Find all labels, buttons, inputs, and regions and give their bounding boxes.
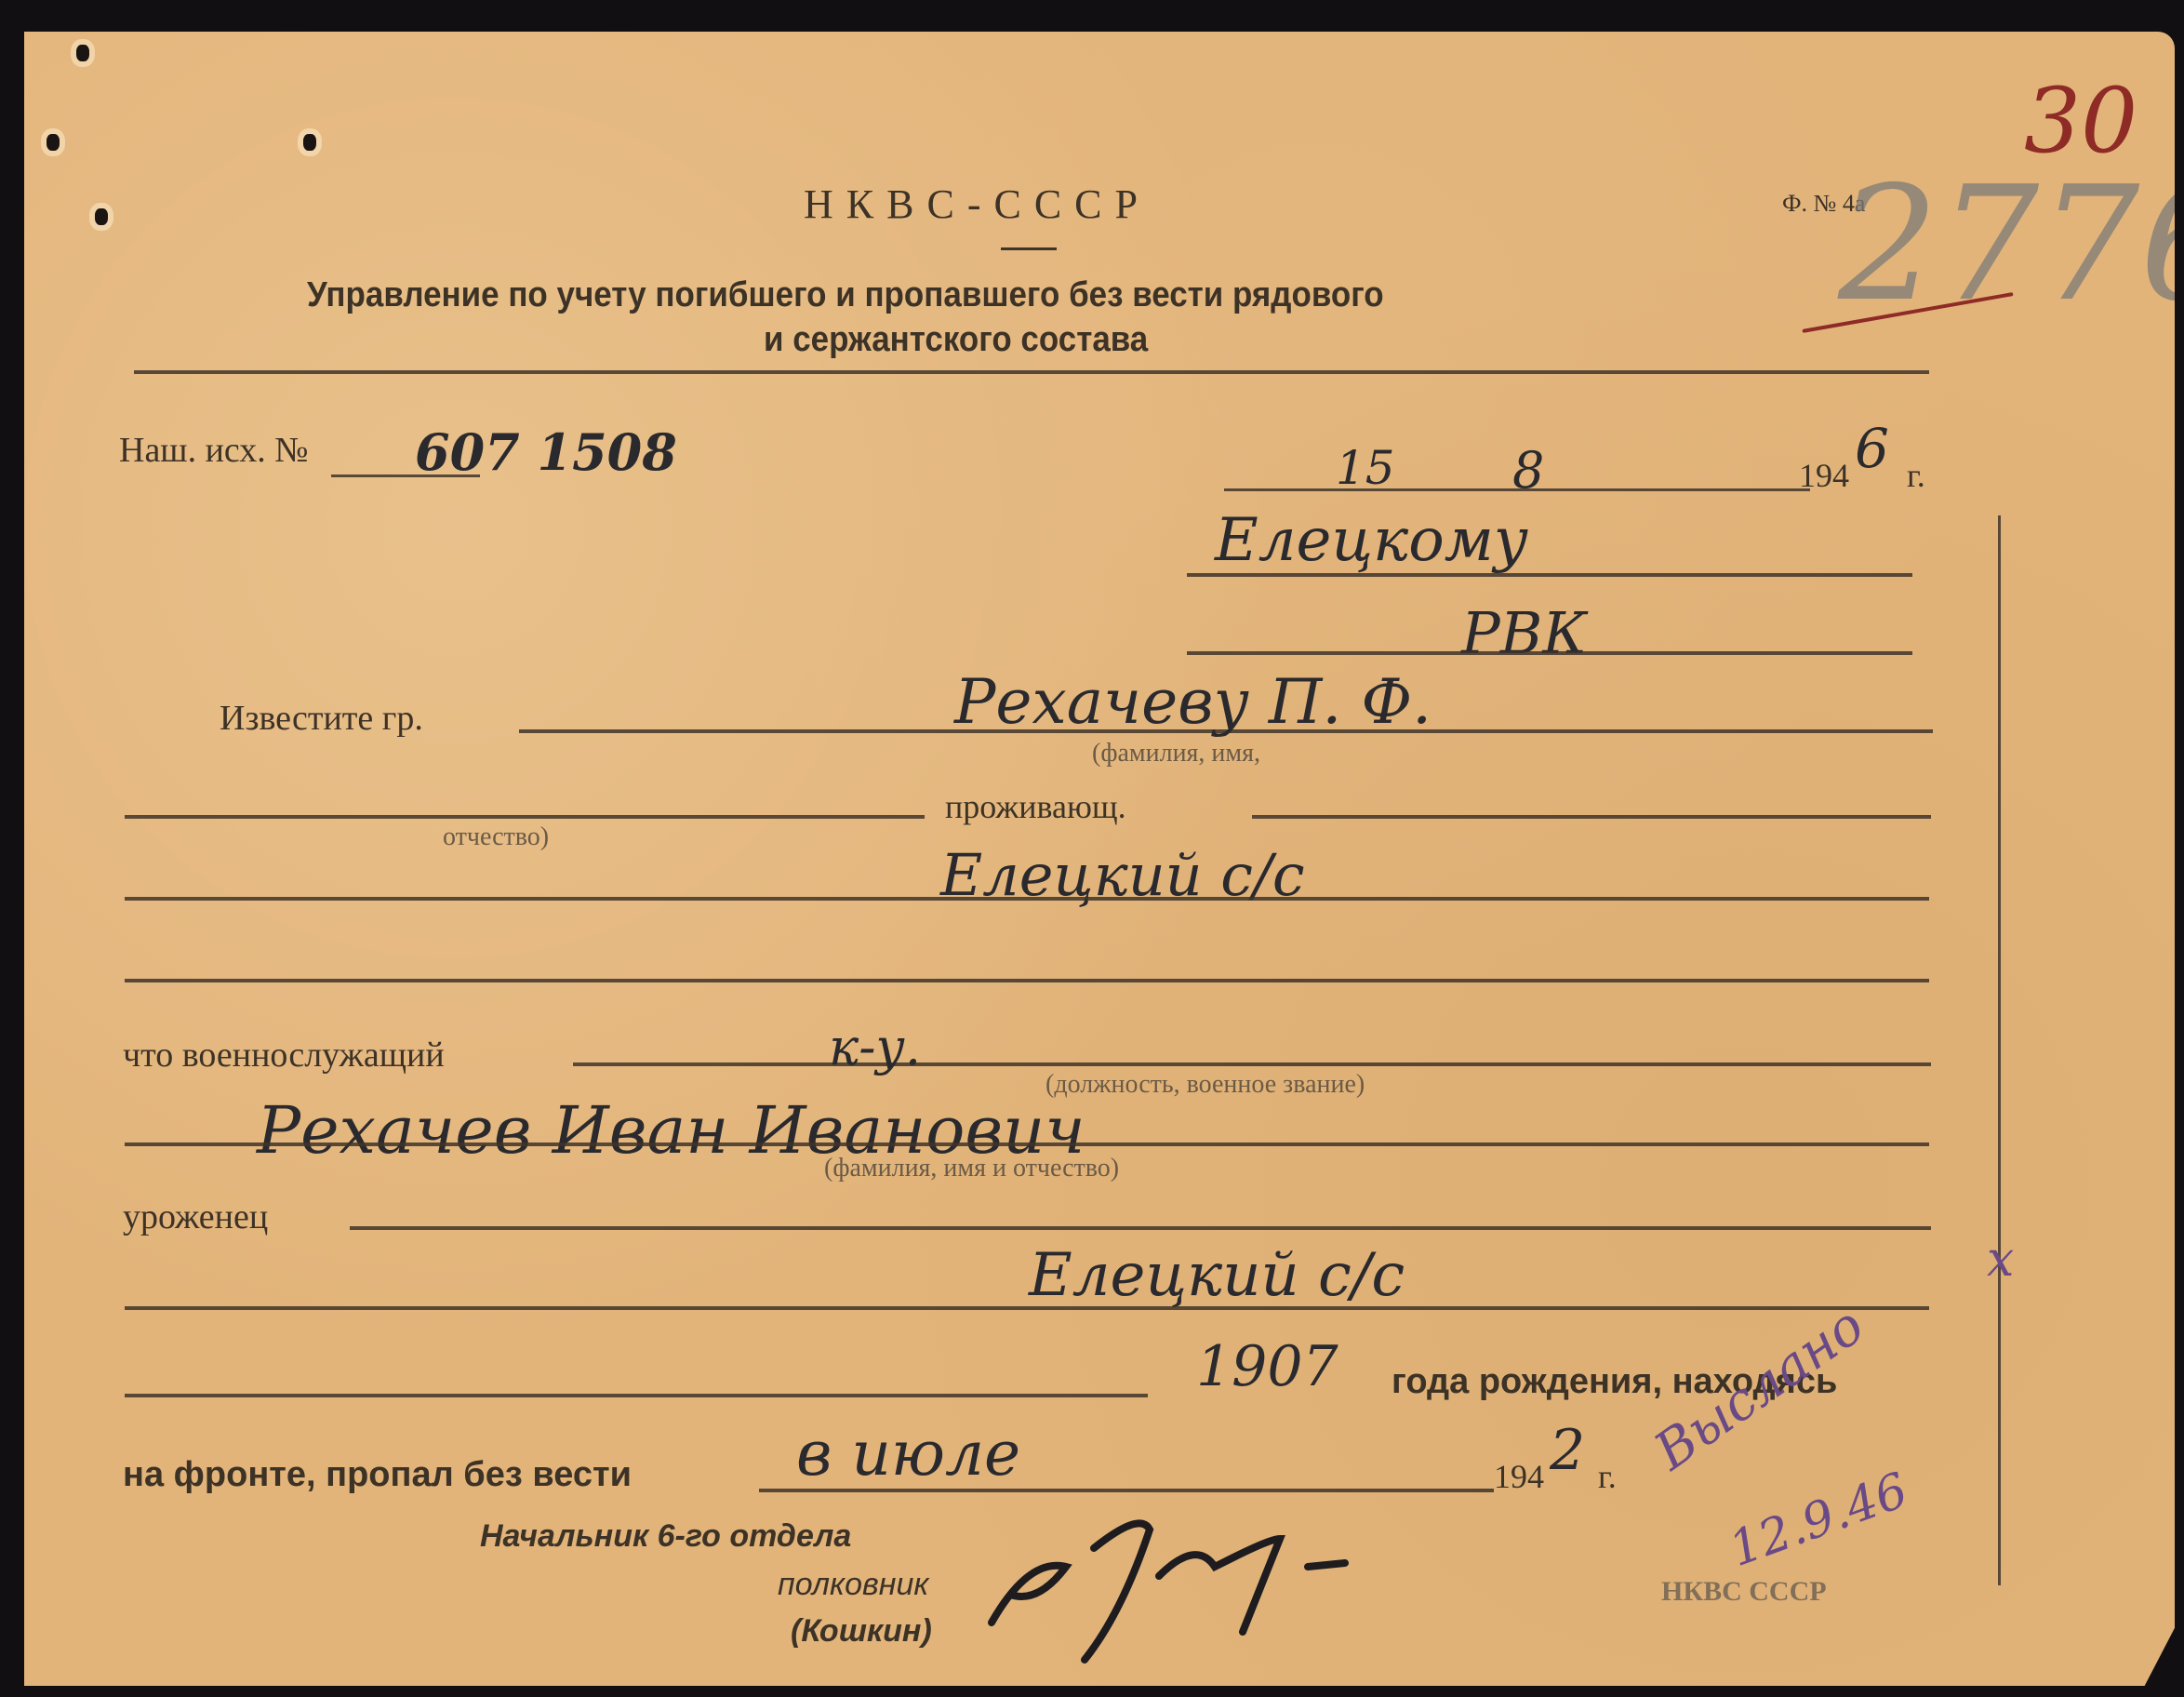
signer-title-2: полковник [778, 1567, 928, 1603]
rank-caption: (должность, военное звание) [1045, 1070, 1365, 1100]
addressee-rule-2 [1187, 651, 1912, 655]
name-rule [125, 1142, 1929, 1146]
header-rule [134, 370, 1929, 374]
native-place: Елецкий с/с [1029, 1241, 1405, 1310]
org-title: НКВС-СССР [804, 180, 1151, 228]
notify-name: Рехачеву П. Ф. [954, 666, 1432, 738]
residing-rule [1252, 815, 1931, 819]
notify-caption-a: (фамилия, имя, [1092, 739, 1260, 768]
residing-label: проживающ. [945, 787, 1126, 826]
date-month: 8 [1512, 441, 1544, 500]
name-caption: (фамилия, имя и отчество) [824, 1154, 1119, 1183]
addressee-line-1: Елецкому [1215, 506, 1528, 575]
outgoing-number: 607 1508 [415, 422, 677, 482]
date-day: 15 [1336, 441, 1395, 495]
blank-rule [125, 979, 1929, 982]
margin-mark: x [1987, 1232, 2014, 1288]
patronymic-rule [125, 815, 925, 819]
addressee-rule-1 [1187, 573, 1912, 577]
birth-rule [125, 1394, 1148, 1397]
native-rule [350, 1226, 1931, 1230]
rank-rule [573, 1062, 1931, 1066]
signature-scribble [954, 1502, 1605, 1688]
missing-label: на фронте, пропал без вести [123, 1455, 632, 1495]
document-sheet: НКВС-СССР Управление по учету погибшего … [24, 32, 2175, 1686]
punch-hole [76, 45, 89, 61]
addressee-line-2: РВК [1461, 599, 1587, 667]
header-divider [1001, 247, 1057, 250]
residence-rule [125, 897, 1929, 901]
missing-year-prefix: 194 [1494, 1457, 1544, 1496]
sent-date: 12.9.46 [1723, 1463, 1915, 1578]
stamp: НКВС СССР [1661, 1576, 1827, 1608]
missing-when: в июле [796, 1418, 1020, 1490]
soldier-rank: к-у. [829, 1018, 921, 1076]
notify-label: Известите гр. [220, 698, 423, 739]
notify-caption-b: отчество) [443, 822, 549, 852]
year-suffix: 6 [1855, 417, 1889, 480]
native-place-rule [125, 1306, 1929, 1310]
native-label: уроженец [123, 1196, 268, 1237]
punch-hole [95, 208, 108, 225]
birth-year: 1907 [1196, 1334, 1338, 1399]
year-label: г. [1907, 456, 1925, 495]
punch-hole [47, 134, 60, 151]
archive-pencil-number: 2776 [1838, 153, 2184, 337]
soldier-label: что военнослужащий [123, 1035, 445, 1076]
missing-year-label: г. [1598, 1457, 1617, 1496]
department-line-1: Управление по учету погибшего и пропавше… [307, 275, 1384, 315]
signer-name: (Кошкин) [791, 1613, 932, 1650]
year-prefix: 194 [1799, 456, 1849, 495]
margin-rule [1998, 515, 2001, 1585]
missing-year-suffix: 2 [1550, 1418, 1585, 1483]
outgoing-label: Наш. исх. № [119, 430, 309, 471]
punch-hole [303, 134, 316, 151]
department-line-2: и сержантского состава [764, 320, 1148, 360]
signer-title-1: Начальник 6-го отдела [480, 1518, 851, 1555]
